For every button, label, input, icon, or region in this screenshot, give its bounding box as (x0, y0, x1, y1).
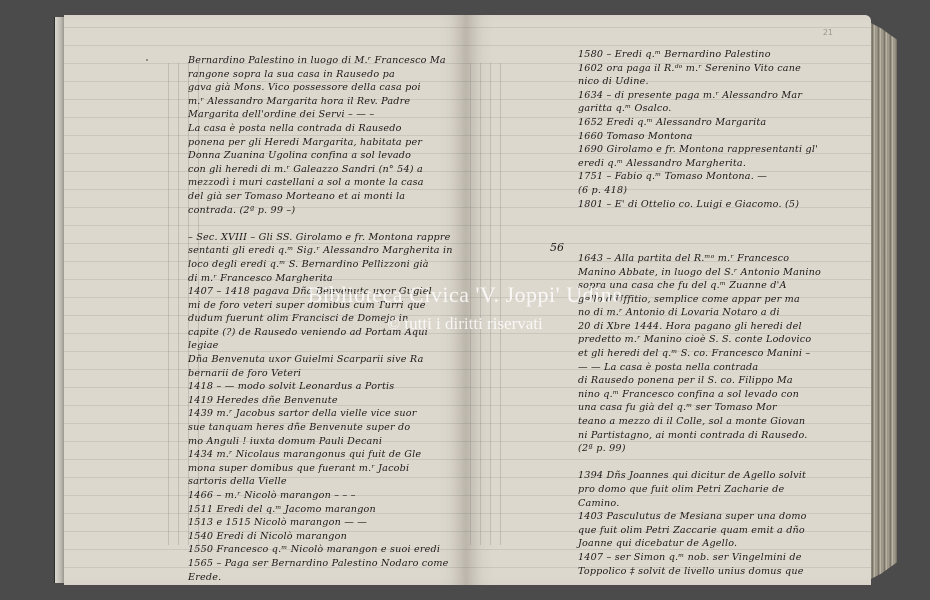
handwritten-line: legiae (188, 339, 466, 353)
handwritten-line: 1511 Eredi del q.ᵐ Jacomo marangon (188, 503, 466, 517)
handwritten-line: – Sec. XVIII – Gli SS. Girolamo e fr. Mo… (188, 231, 466, 245)
handwritten-line: di Rausedo ponena per il S. co. Filippo … (578, 374, 868, 388)
handwritten-line: gava già Mons. Vico possessore della cas… (188, 81, 466, 95)
handwritten-line: (2ª p. 99) (578, 442, 868, 456)
handwritten-line: Toppolico ‡ solvit de livello unius domu… (578, 565, 868, 579)
handwritten-line: (6 p. 418) (578, 184, 868, 198)
handwritten-line: con gli heredi di m.ʳ Galeazzo Sandri (n… (188, 163, 466, 177)
handwritten-line: 1602 ora paga il R.ᵈᵒ m.ʳ Serenino Vito … (578, 62, 868, 76)
left-page: Bernardino Palestino in luogo di M.ʳ Fra… (64, 15, 466, 585)
handwritten-line: pro domo que fuit olim Petri Zacharie de (578, 483, 868, 497)
handwritten-line: dudum fuerunt olim Francisci de Domejo i… (188, 312, 466, 326)
handwritten-line: sue tanquam heres dñe Benvenute super do (188, 421, 466, 435)
handwritten-line: mi de foro veteri super domibus cum Turr… (188, 299, 466, 313)
handwritten-line: una casa fu già del q.ᵐ ser Tomaso Mor (578, 401, 868, 415)
handwritten-line: Erede. (188, 571, 466, 585)
handwritten-line: nico di Udine. (578, 75, 868, 89)
handwritten-line: mo Anguli ! iuxta domum Pauli Decani (188, 435, 466, 449)
handwritten-line: et gli heredi del q.ᵐ S. co. Francesco M… (578, 347, 868, 361)
handwritten-line: loco degli eredi q.ᵐ S. Bernardino Pelli… (188, 258, 466, 272)
handwritten-line: ni Partistagno, ai monti contrada di Rau… (578, 429, 868, 443)
handwritten-line: 1550 Francesco q.ᵐ Nicolò marangon e suo… (188, 543, 466, 557)
handwritten-line: bernarii de foro Veteri (188, 367, 466, 381)
handwritten-line: Joanne qui dicebatur de Agello. (578, 537, 868, 551)
handwritten-line: — — La casa è posta nella contrada (578, 361, 868, 375)
pencil-mark (146, 59, 148, 61)
handwritten-line (578, 456, 868, 470)
right-page-handwriting: 1580 – Eredi q.ᵐ Bernardino Palestino160… (578, 48, 868, 578)
handwritten-line: Bernardino Palestino in luogo di M.ʳ Fra… (188, 54, 466, 68)
handwritten-line: no di m.ʳ Antonio di Lovaria Notaro a di (578, 306, 868, 320)
left-page-handwriting: Bernardino Palestino in luogo di M.ʳ Fra… (188, 54, 466, 584)
handwritten-line: 1565 – Paga ser Bernardino Palestino Nod… (188, 557, 466, 571)
handwritten-line: teano a mezzo di il Colle, sol a monte G… (578, 415, 868, 429)
handwritten-line: que fuit olim Petri Zaccarie quam emit a… (578, 524, 868, 538)
margin-entry-number: 56 (550, 241, 564, 254)
handwritten-line: 1439 m.ʳ Jacobus sartor della vielle vic… (188, 407, 466, 421)
handwritten-line: 1403 Pasculutus de Mesiana super una dom… (578, 510, 868, 524)
open-register-book: Bernardino Palestino in luogo di M.ʳ Fra… (54, 15, 880, 585)
folio-number: 21 (823, 28, 833, 37)
handwritten-line: 1466 – m.ʳ Nicolò marangon – – – (188, 489, 466, 503)
handwritten-line: gello d'Uffitio, semplice come appar per… (578, 293, 868, 307)
handwritten-line: 1540 Eredi di Nicolò marangon (188, 530, 466, 544)
handwritten-line: eredi q.ᵐ Alessandro Margherita. (578, 157, 868, 171)
margin-rule-columns (466, 63, 502, 545)
handwritten-line: 1580 – Eredi q.ᵐ Bernardino Palestino (578, 48, 868, 62)
handwritten-line: 1652 Eredi q.ᵐ Alessandro Margarita (578, 116, 868, 130)
handwritten-line: 1690 Girolamo e fr. Montona rappresentan… (578, 143, 868, 157)
handwritten-line: 1643 – Alla partita del R.ᵐᵒ m.ʳ Frances… (578, 252, 868, 266)
handwritten-line (188, 217, 466, 231)
handwritten-line: Dña Benvenuta uxor Guielmi Scarparii siv… (188, 353, 466, 367)
handwritten-line: La casa è posta nella contrada di Raused… (188, 122, 466, 136)
handwritten-line: sentanti gli eredi q.ᵐ Sig.ʳ Alessandro … (188, 244, 466, 258)
handwritten-line: 1660 Tomaso Montona (578, 130, 868, 144)
handwritten-line (578, 211, 868, 225)
handwritten-line: nino q.ᵐ Francesco confina a sol levado … (578, 388, 868, 402)
handwritten-line: 1801 – E' di Ottelio co. Luigi e Giacomo… (578, 198, 868, 212)
handwritten-line: 1634 – di presente paga m.ʳ Alessandro M… (578, 89, 868, 103)
handwritten-line: predetto m.ʳ Manino cioè S. S. conte Lod… (578, 333, 868, 347)
handwritten-line: 1513 e 1515 Nicolò marangon — — (188, 516, 466, 530)
handwritten-line: m.ʳ Alessandro Margarita hora il Rev. Pa… (188, 95, 466, 109)
handwritten-line: garitta q.ᵐ Osalco. (578, 102, 868, 116)
handwritten-line: capite (?) de Rausedo veniendo ad Portam… (188, 326, 466, 340)
handwritten-line: 1407 – 1418 pagava Dña Benvenuta uxor Gu… (188, 285, 466, 299)
handwritten-line (578, 238, 868, 252)
handwritten-line: rangone sopra la sua casa in Rausedo pa (188, 68, 466, 82)
handwritten-line: 1419 Heredes dñe Benvenute (188, 394, 466, 408)
handwritten-line: Manino Abbate, in luogo del S.ʳ Antonio … (578, 266, 868, 280)
handwritten-line: contrada. (2ª p. 99 –) (188, 204, 466, 218)
handwritten-line: del già ser Tomaso Morteano et ai monti … (188, 190, 466, 204)
handwritten-line: 1407 – ser Simon q.ᵐ nob. ser Vingelmini… (578, 551, 868, 565)
right-page: 21 56 1580 – Eredi q.ᵐ Bernardino Palest… (466, 15, 871, 585)
handwritten-line: Donna Zuanina Ugolina confina a sol leva… (188, 149, 466, 163)
handwritten-line: sartoris della Vielle (188, 475, 466, 489)
handwritten-line: 20 di Xbre 1444. Hora pagano gli heredi … (578, 320, 868, 334)
handwritten-line: Margarita dell'ordine dei Servi – — – (188, 108, 466, 122)
handwritten-line: ponena per gli Heredi Margarita, habitat… (188, 136, 466, 150)
page-block-edges (871, 23, 897, 579)
handwritten-line: di m.ʳ Francesco Margherita (188, 272, 466, 286)
handwritten-line: 1751 – Fabio q.ᵐ Tomaso Montona. — (578, 170, 868, 184)
handwritten-line: Camino. (578, 497, 868, 511)
handwritten-line: mona super domibus que fuerant m.ʳ Jacob… (188, 462, 466, 476)
handwritten-line: 1418 – — modo solvit Leonardus a Portis (188, 380, 466, 394)
handwritten-line: sopra una casa che fu del q.ᵐ Zuanne d'A (578, 279, 868, 293)
handwritten-line (578, 225, 868, 239)
handwritten-line: mezzodì i muri castellani a sol a monte … (188, 176, 466, 190)
handwritten-line: 1394 Dñs Joannes qui dicitur de Agello s… (578, 469, 868, 483)
handwritten-line: 1434 m.ʳ Nicolaus marangonus qui fuit de… (188, 448, 466, 462)
